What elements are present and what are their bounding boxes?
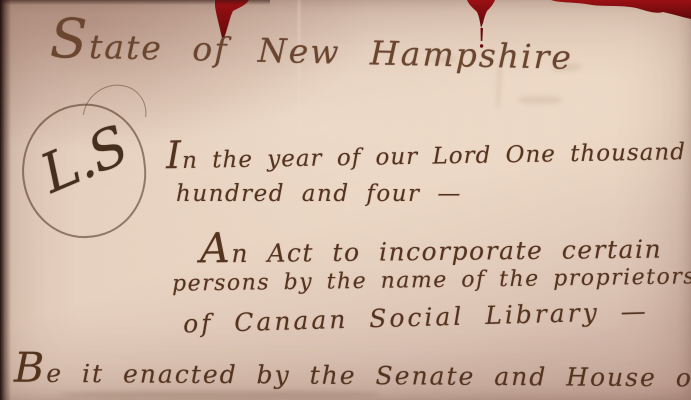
ls-seal-circle: L.S [14, 97, 153, 245]
photo-dark-left-edge [0, 0, 11, 400]
line-of-canaan-social-library: of Canaan Social Library — [183, 297, 649, 339]
manuscript-photo: State of New Hampshire L.S In the year o… [0, 0, 691, 400]
seal-text-ls: L.S [32, 113, 137, 205]
line-be-it-enacted: Be it enacted by the Senate and House of [14, 344, 691, 397]
line-an-act: An Act to incorporate certain [200, 220, 663, 273]
ink-showthrough-mark [518, 96, 562, 104]
line-in-the-year: In the year of our Lord One thousand eig… [166, 123, 691, 177]
photo-dark-top-edge [0, 0, 270, 5]
line-hundred-and-four: hundred and four — [176, 181, 462, 207]
heading-state-of-new-hampshire: State of New Hampshire [49, 6, 573, 82]
wax-band-top-right [551, 0, 691, 19]
